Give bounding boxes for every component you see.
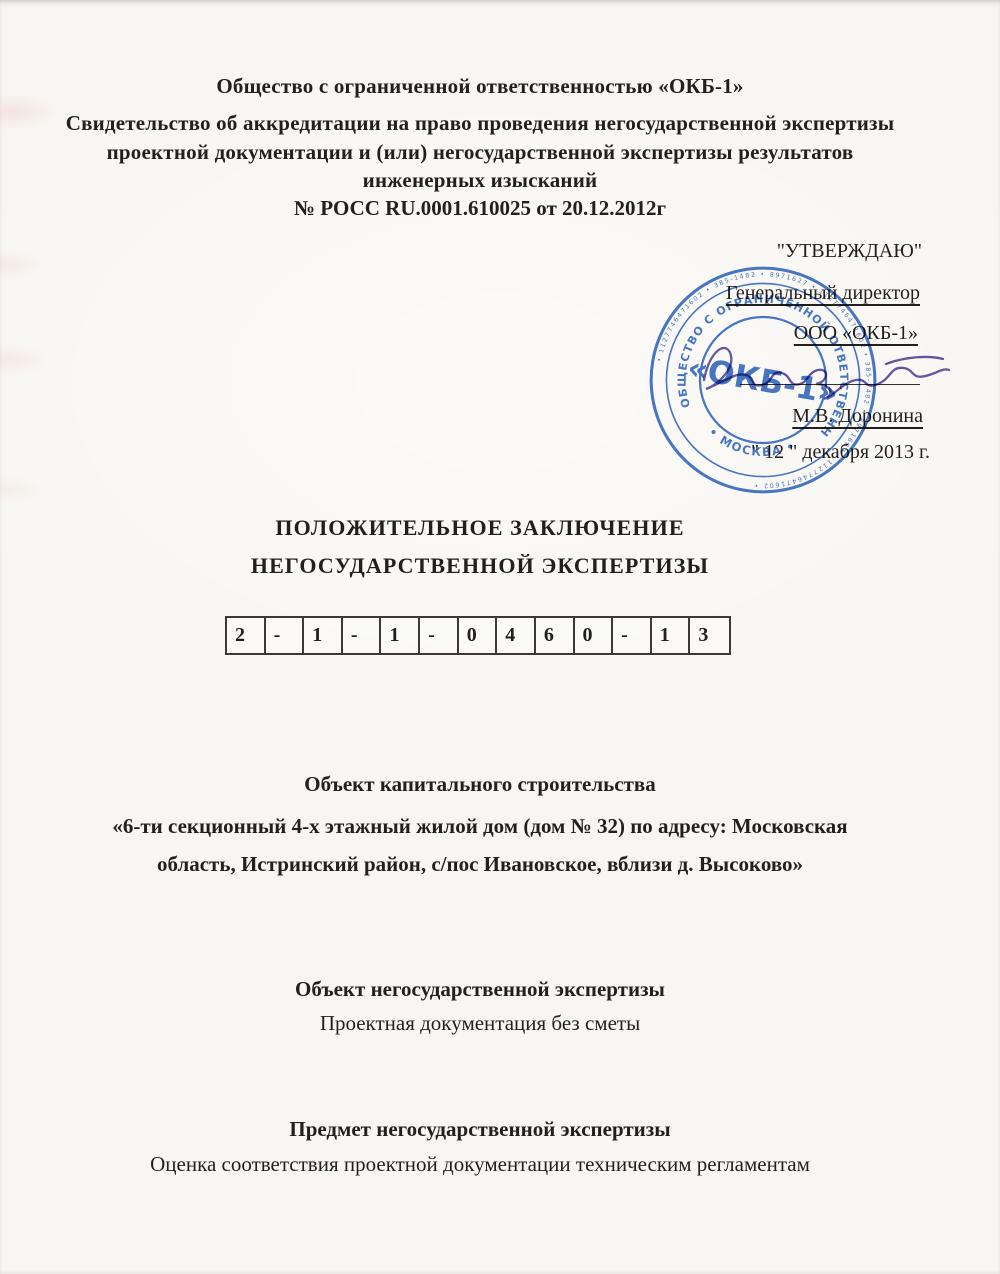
accreditation-line-2: проектной документации и (или) негосудар… <box>0 138 960 167</box>
accreditation-statement: Свидетельство об аккредитации на право п… <box>0 109 960 195</box>
case-number-cell: - <box>343 618 382 653</box>
case-number-cell: 3 <box>690 618 729 653</box>
document-title-line-2: НЕГОСУДАРСТВЕННОЙ ЭКСПЕРТИЗЫ <box>0 547 960 585</box>
case-number-cell: 4 <box>497 618 536 653</box>
expertise-object-value: Проектная документация без сметы <box>0 1011 960 1036</box>
case-number-cell: 6 <box>536 618 575 653</box>
company-name: Общество с ограниченной ответственностью… <box>0 74 960 99</box>
stamp-city-text: • МОСКВА • <box>703 423 800 466</box>
handwritten-signature <box>690 334 958 408</box>
accreditation-line-1: Свидетельство об аккредитации на право п… <box>0 109 960 138</box>
case-number-cell: 1 <box>652 618 691 653</box>
construction-object-line-2: область, Истринский район, с/пос Ивановс… <box>0 845 960 883</box>
case-number-cell: 1 <box>304 618 343 653</box>
section-heading-expertise-object: Объект негосударственной экспертизы <box>0 977 960 1002</box>
case-number-table: 2-1-1-0460-13 <box>225 616 731 655</box>
case-number-cell: 0 <box>575 618 614 653</box>
case-number-cell: - <box>266 618 305 653</box>
section-heading-construction-object: Объект капитального строительства <box>0 772 960 797</box>
expertise-subject-value: Оценка соответствия проектной документац… <box>0 1152 960 1177</box>
case-number-cell: 0 <box>459 618 498 653</box>
construction-object-description: «6-ти секционный 4-х этажный жилой дом (… <box>0 807 960 883</box>
case-number-cell: - <box>613 618 652 653</box>
certificate-number: № РОСС RU.0001.610025 от 20.12.2012г <box>0 196 960 221</box>
document-title-line-1: ПОЛОЖИТЕЛЬНОЕ ЗАКЛЮЧЕНИЕ <box>0 509 960 547</box>
case-number-cell: 2 <box>227 618 266 653</box>
document-title: ПОЛОЖИТЕЛЬНОЕ ЗАКЛЮЧЕНИЕ НЕГОСУДАРСТВЕНН… <box>0 509 960 585</box>
construction-object-line-1: «6-ти секционный 4-х этажный жилой дом (… <box>0 807 960 845</box>
scanned-document-page: Общество с ограниченной ответственностью… <box>0 0 1000 1274</box>
section-heading-expertise-subject: Предмет негосударственной экспертизы <box>0 1117 960 1142</box>
case-number-cell: - <box>420 618 459 653</box>
accreditation-line-3: инженерных изысканий <box>0 166 960 195</box>
case-number-cell: 1 <box>381 618 420 653</box>
